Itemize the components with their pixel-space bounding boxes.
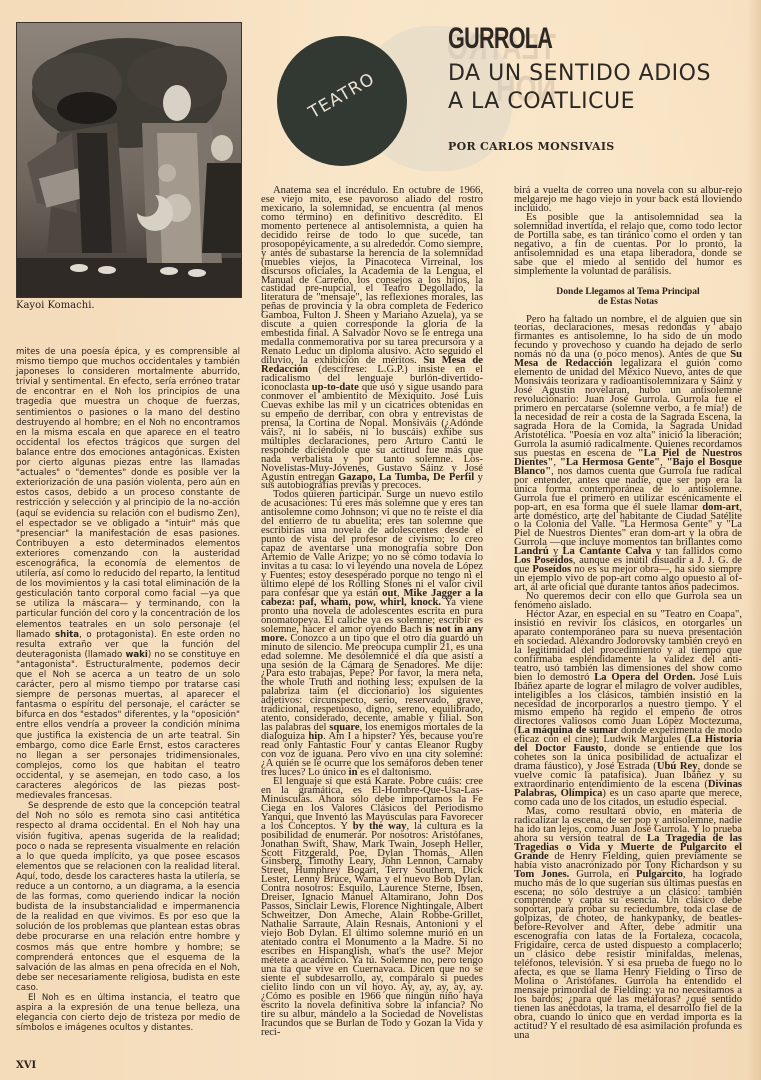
section-badge-label: TEATRO [281,55,404,137]
left-column: mites de una poesía épica, y es comprens… [16,347,240,1033]
noh-theatre-photo [16,22,242,298]
page-edge-shadow [747,0,761,1080]
headline: DA UN SENTIDO ADIOS A LA COATLICUE [448,60,748,116]
photo-illustration [17,23,241,297]
paragraph: birá a vuelta de correo una novela con s… [514,187,742,214]
paragraph: Mas, como resultará obvio, en materia de… [514,808,742,1041]
paragraph: Es posible que la antisolemnidad sea la … [514,214,742,277]
headline-kicker: GURROLA [448,22,552,56]
section-subhead: Donde Llegamos al Tema Principal de Esta… [514,287,742,307]
paragraph: Anatema sea el incrédulo. En octubre de … [261,187,483,491]
paragraph: El Noh es en última instancia, el teatro… [16,993,240,1033]
headline-line-1: DA UN SENTIDO ADIOS [448,60,748,88]
paragraph: Se desprende de esto que la concepción t… [16,801,240,993]
paragraph: El lenguaje sí que está Karate. Pobre cu… [261,778,483,1038]
photo-caption: Kayoi Komachi. [16,300,95,311]
right-column: birá a vuelta de correo una novela con s… [514,187,742,1041]
subhead-line-2: de Estas Notas [514,297,742,307]
section-badge: TEATRO [277,36,407,166]
paragraph: Pero ha faltado un nombre, el de alguien… [514,316,742,594]
paragraph: Héctor Azar, en especial en su "Teatro e… [514,611,742,808]
page-number: XVI [16,1060,36,1071]
middle-column: Anatema sea el incrédulo. En octubre de … [261,187,483,1038]
paragraph: mites de una poesía épica, y es comprens… [16,347,240,801]
headline-line-2: A LA COATLICUE [448,88,748,116]
byline: POR CARLOS MONSIVAIS [448,140,615,153]
paragraph: Todos quieren participar. Surge un nuevo… [261,491,483,778]
